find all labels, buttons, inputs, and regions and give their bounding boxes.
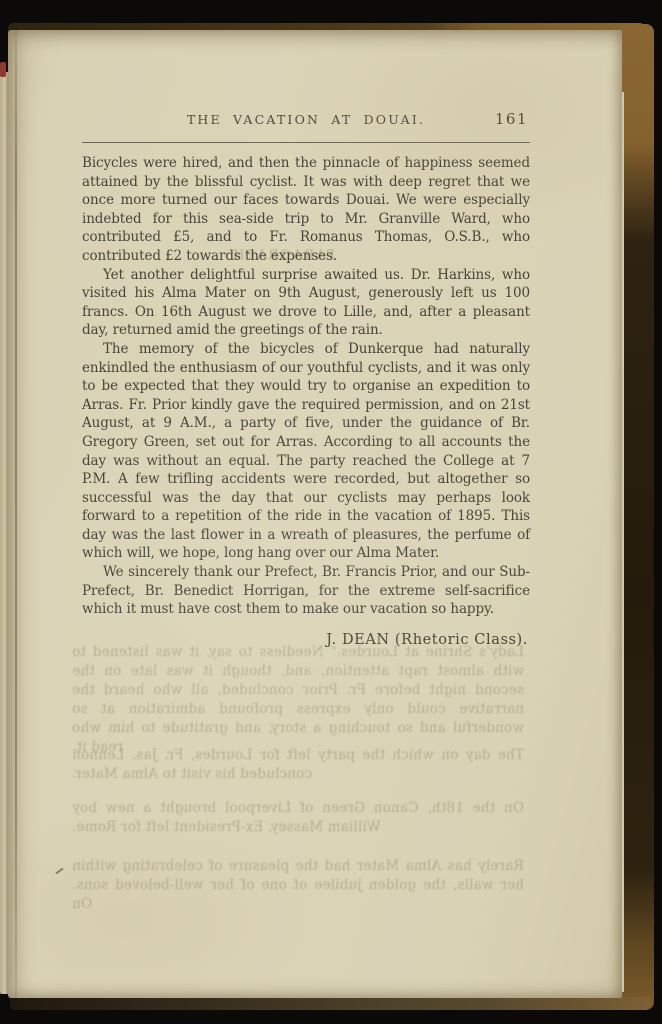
paragraph: Bicycles were hired, and then the pinnac… bbox=[82, 154, 530, 266]
paragraph: The memory of the bicycles of Dunkerque … bbox=[82, 340, 530, 563]
author-signature: J. DEAN (Rhetoric Class). bbox=[82, 632, 530, 648]
ghost-block: Lady's Shrine at Lourdes." Needless to s… bbox=[72, 643, 524, 757]
book-bottom-edge bbox=[10, 997, 650, 1010]
ghost-block: On the 18th, Canon Green of Liverpool br… bbox=[72, 799, 524, 837]
book-page: PARAGRAPH Lady's Shrine at Lourdes." Nee… bbox=[8, 30, 622, 998]
running-header-title: THE VACATION AT DOUAI. bbox=[82, 112, 530, 127]
pen-mark bbox=[55, 868, 64, 875]
paragraph: We sincerely thank our Prefect, Br. Fran… bbox=[82, 563, 530, 619]
ghost-block: The day on which the party left for Lour… bbox=[72, 746, 524, 784]
running-header: THE VACATION AT DOUAI. 161 bbox=[82, 112, 530, 136]
page-number: 161 bbox=[495, 110, 528, 128]
ghost-block: Rarely has Alma Mater had the pleasure o… bbox=[72, 857, 524, 914]
body-text: Bicycles were hired, and then the pinnac… bbox=[82, 154, 530, 648]
printed-text-column: THE VACATION AT DOUAI. 161 Bicycles were… bbox=[82, 112, 530, 648]
header-rule bbox=[82, 142, 530, 143]
binding-speck bbox=[0, 62, 6, 77]
scan-background: PARAGRAPH Lady's Shrine at Lourdes." Nee… bbox=[0, 0, 662, 1024]
book-cover-right bbox=[622, 24, 654, 1010]
paragraph: Yet another delightful surprise awaited … bbox=[82, 266, 530, 340]
